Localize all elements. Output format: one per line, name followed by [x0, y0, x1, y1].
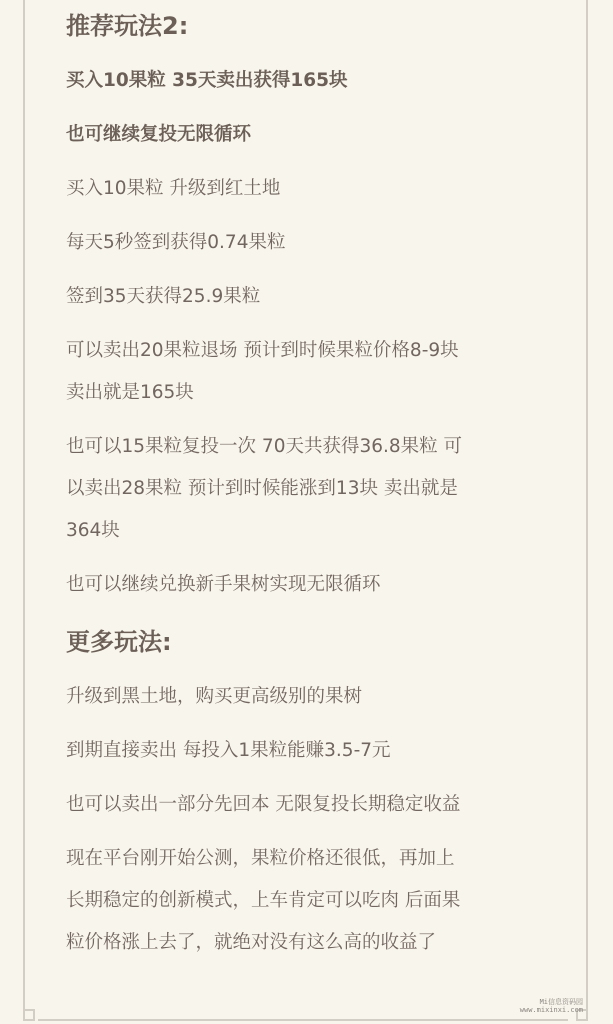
text-line: 也可继续复投无限循环	[66, 113, 251, 157]
text-line: 买入10果粒 升级到红土地	[66, 167, 280, 211]
text-line: 粒价格涨上去了，就绝对没有这么高的收益了	[66, 921, 436, 965]
watermark-line-2: www.mixinxi.com	[520, 1006, 583, 1014]
frame-border-left	[23, 0, 25, 1009]
text-line: 现在平台刚开始公测，果粒价格还很低，再加上	[66, 837, 455, 881]
text-line: 364块	[66, 509, 120, 553]
text-line: 也可以继续兑换新手果树实现无限循环	[66, 563, 381, 607]
text-line: 卖出就是165块	[66, 371, 194, 415]
text-line: 也可以卖出一部分先回本 无限复投长期稳定收益	[66, 783, 460, 827]
text-line: 也可以15果粒复投一次 70天共获得36.8果粒 可	[66, 425, 462, 469]
text-line: 买入10果粒 35天卖出获得165块	[66, 59, 348, 103]
frame-corner-ornament-left	[23, 1009, 35, 1021]
text-line: 以卖出28果粒 预计到时候能涨到13块 卖出就是	[66, 467, 458, 511]
section-title-more-play: 更多玩法:	[66, 627, 172, 657]
text-line: 可以卖出20果粒退场 预计到时候果粒价格8-9块	[66, 329, 459, 373]
frame-border-right	[586, 0, 588, 1009]
text-line: 长期稳定的创新模式，上车肯定可以吃肉 后面果	[66, 879, 460, 923]
text-line: 到期直接卖出 每投入1果粒能赚3.5-7元	[66, 729, 391, 773]
text-line: 签到35天获得25.9果粒	[66, 275, 260, 319]
frame-border-bottom	[38, 1019, 568, 1021]
watermark: Mi信息资码园 www.mixinxi.com	[520, 998, 583, 1014]
text-line: 每天5秒签到获得0.74果粒	[66, 221, 285, 265]
text-line: 升级到黑土地，购买更高级别的果树	[66, 675, 362, 719]
watermark-line-1: Mi信息资码园	[520, 998, 583, 1006]
section-title-recommended-play-2: 推荐玩法2:	[66, 11, 188, 41]
